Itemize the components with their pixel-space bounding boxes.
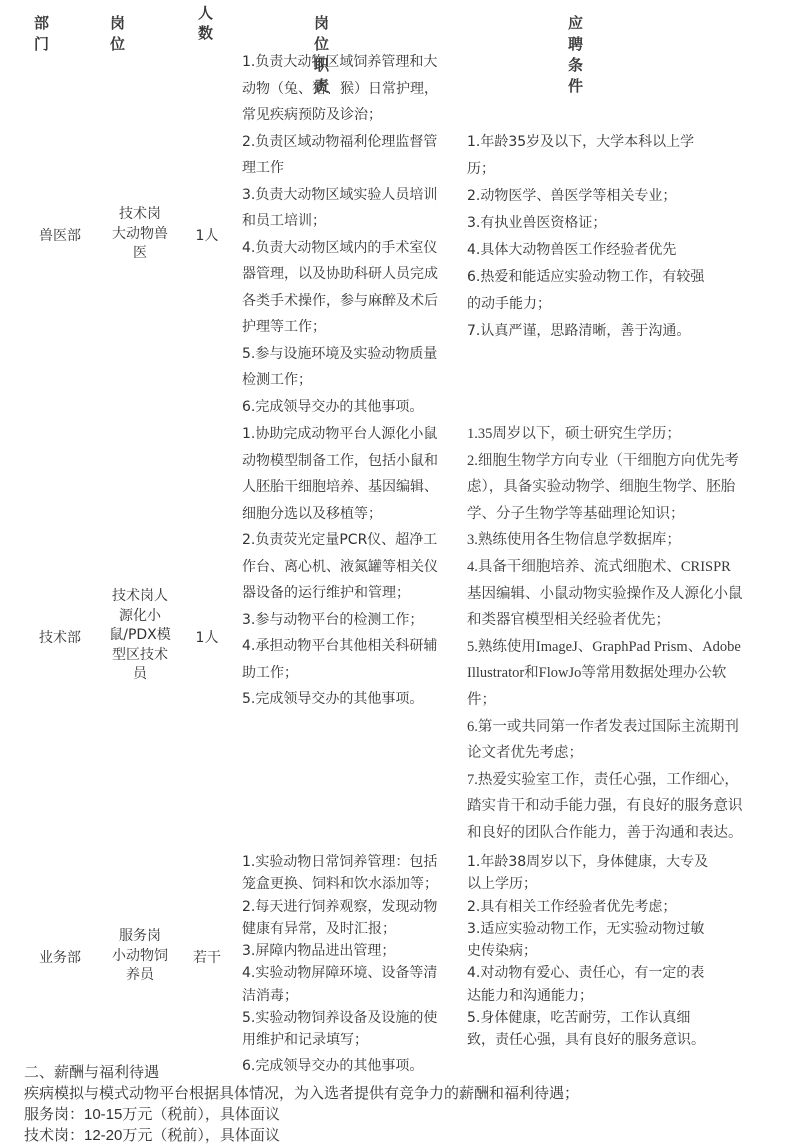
position-cell: 技术岗 大动物兽 医 [100, 205, 180, 264]
duty-line: 4.实验动物屏障环境、设备等清 [242, 962, 438, 984]
requirement-line: 和类器官模型相关经验者优先； [467, 607, 743, 634]
duty-line: 动物模型制备工作，包括小鼠和 [242, 448, 438, 475]
duty-line: 2.负责荧光定量PCR仪、超净工 [242, 527, 438, 554]
requirement-line: 达能力和沟通能力； [467, 985, 708, 1007]
requirement-line: 的动手能力； [467, 291, 704, 318]
duty-line: 1.负责大动物区域饲养管理和大 [242, 49, 438, 76]
requirement-line: 4.具体大动物兽医工作经验者优先 [467, 237, 704, 264]
requirement-line: 虑），具备实验动物学、细胞生物学、胚胎 [467, 474, 743, 501]
count-cell: 1人 [188, 225, 226, 245]
duty-line: 1.协助完成动物平台人源化小鼠 [242, 421, 438, 448]
duty-line: 3.负责大动物区域实验人员培训 [242, 182, 438, 209]
requirement-line: 和良好的团队合作能力，善于沟通和表达。 [467, 820, 743, 847]
duty-line: 笼盒更换、饲料和饮水添加等； [242, 873, 438, 895]
requirement-line: 基因编辑、小鼠动物实验操作及人源化小鼠 [467, 581, 743, 608]
department-cell: 技术部 [30, 627, 90, 647]
requirement-line: 2.具有相关工作经验者优先考虑； [467, 896, 708, 918]
technical-post-salary: 技术岗：12-20万元（税前），具体面议 [24, 1125, 579, 1146]
requirement-line: 5.熟练使用ImageJ、GraphPad Prism、Adobe [467, 634, 743, 661]
duty-line: 动物（兔、猪、猴）日常护理， [242, 76, 438, 103]
position-line: 源化小 [100, 607, 180, 627]
requirement-line: 4.具备干细胞培养、流式细胞术、CRISPR [467, 554, 743, 581]
position-line: 大动物兽 [100, 225, 180, 245]
department-cell: 兽医部 [30, 225, 90, 245]
requirement-line: 致，责任心强，具有良好的服务意识。 [467, 1029, 708, 1051]
requirement-line: 1.35周岁以下，硕士研究生学历； [467, 421, 743, 448]
position-line: 技术岗人 [100, 587, 180, 607]
position-line: 技术岗 [100, 205, 180, 225]
duty-line: 2.负责区域动物福利伦理监督管 [242, 129, 438, 156]
requirement-line: 2.动物医学、兽医学等相关专业； [467, 183, 704, 210]
requirement-line: 1.年龄38周岁以下，身体健康，大专及 [467, 851, 708, 873]
requirement-line: Illustrator和FlowJo等常用数据处理办公软 [467, 660, 743, 687]
duty-line: 作台、离心机、液氮罐等相关仪 [242, 554, 438, 581]
requirement-line: 论文者优先考虑； [467, 740, 743, 767]
header-count-2: 数 [198, 22, 213, 43]
service-post-salary: 服务岗：10-15万元（税前），具体面议 [24, 1104, 579, 1125]
salary-intro: 疾病模拟与模式动物平台根据具体情况，为入选者提供有竞争力的薪酬和福利待遇； [24, 1083, 579, 1104]
department-cell: 业务部 [30, 947, 90, 967]
requirement-line: 3.适应实验动物工作，无实验动物过敏 [467, 918, 708, 940]
count-cell: 若干 [186, 947, 228, 967]
requirement-line: 6.第一或共同第一作者发表过国际主流期刊 [467, 714, 743, 741]
duty-line: 助工作； [242, 660, 438, 687]
duties-cell: 1.负责大动物区域饲养管理和大 动物（兔、猪、猴）日常护理， 常见疾病预防及诊治… [242, 49, 438, 420]
duty-line: 5.实验动物饲养设备及设施的使 [242, 1007, 438, 1029]
duty-line: 5.参与设施环境及实验动物质量 [242, 341, 438, 368]
position-line: 服务岗 [100, 927, 180, 947]
duty-line: 器设备的运行维护和管理； [242, 580, 438, 607]
requirements-cell: 1.35周岁以下，硕士研究生学历； 2.细胞生物学方向专业（干细胞方向优先考 虑… [467, 421, 743, 847]
requirement-line: 3.熟练使用各生物信息学数据库； [467, 527, 743, 554]
requirement-line: 5.身体健康，吃苦耐劳，工作认真细 [467, 1007, 708, 1029]
duty-line: 1.实验动物日常饲养管理：包括 [242, 851, 438, 873]
requirement-line: 3.有执业兽医资格证； [467, 210, 704, 237]
requirement-line: 4.对动物有爱心、责任心，有一定的表 [467, 962, 708, 984]
position-line: 鼠/PDX模 [100, 626, 180, 646]
duty-line: 检测工作； [242, 367, 438, 394]
requirement-line: 2.细胞生物学方向专业（干细胞方向优先考 [467, 448, 743, 475]
requirement-line: 7.认真严谨，思路清晰，善于沟通。 [467, 318, 704, 345]
requirement-line: 件； [467, 687, 743, 714]
requirement-line: 以上学历； [467, 873, 708, 895]
position-line: 小动物饲 [100, 947, 180, 967]
header-count-1: 人 [198, 2, 213, 23]
duty-line: 和员工培训； [242, 208, 438, 235]
duty-line: 各类手术操作，参与麻醉及术后 [242, 288, 438, 315]
requirements-cell: 1.年龄38周岁以下，身体健康，大专及 以上学历； 2.具有相关工作经验者优先考… [467, 851, 708, 1052]
duty-line: 细胞分选以及移植等； [242, 501, 438, 528]
duty-line: 5.完成领导交办的其他事项。 [242, 686, 438, 713]
duty-line: 护理等工作； [242, 314, 438, 341]
requirements-cell: 1.年龄35岁及以下，大学本科以上学 历； 2.动物医学、兽医学等相关专业； 3… [467, 129, 704, 345]
duty-line: 人胚胎干细胞培养、基因编辑、 [242, 474, 438, 501]
duty-line: 健康有异常，及时汇报； [242, 918, 438, 940]
section-title: 二、薪酬与福利待遇 [24, 1062, 579, 1083]
duty-line: 4.负责大动物区域内的手术室仪 [242, 235, 438, 262]
requirement-line: 史传染病； [467, 940, 708, 962]
requirement-line: 学、分子生物学等基础理论知识； [467, 501, 743, 528]
duties-cell: 1.实验动物日常饲养管理：包括 笼盒更换、饲料和饮水添加等； 2.每天进行饲养观… [242, 851, 438, 1077]
duty-line: 器管理，以及协助科研人员完成 [242, 261, 438, 288]
requirement-line: 7.热爱实验室工作，责任心强，工作细心， [467, 767, 743, 794]
duty-line: 常见疾病预防及诊治； [242, 102, 438, 129]
position-line: 养员 [100, 966, 180, 986]
duty-line: 理工作 [242, 155, 438, 182]
header-position: 岗 位 [110, 12, 140, 54]
requirement-line: 6.热爱和能适应实验动物工作，有较强 [467, 264, 704, 291]
position-cell: 技术岗人 源化小 鼠/PDX模 型区技术 员 [100, 587, 180, 685]
requirement-line: 1.年龄35岁及以下，大学本科以上学 [467, 129, 704, 156]
header-requirements: 应聘条件 [568, 12, 583, 96]
duty-line: 3.屏障内物品进出管理； [242, 940, 438, 962]
position-cell: 服务岗 小动物饲 养员 [100, 927, 180, 986]
requirement-line: 历； [467, 156, 704, 183]
position-line: 医 [100, 244, 180, 264]
salary-section: 二、薪酬与福利待遇 疾病模拟与模式动物平台根据具体情况，为入选者提供有竞争力的薪… [24, 1062, 579, 1146]
duty-line: 2.每天进行饲养观察，发现动物 [242, 896, 438, 918]
header-department: 部 门 [34, 12, 64, 54]
duties-cell: 1.协助完成动物平台人源化小鼠 动物模型制备工作，包括小鼠和 人胚胎干细胞培养、… [242, 421, 438, 713]
duty-line: 4.承担动物平台其他相关科研辅 [242, 633, 438, 660]
position-line: 员 [100, 665, 180, 685]
duty-line: 洁消毒； [242, 985, 438, 1007]
requirement-line: 踏实肯干和动手能力强，有良好的服务意识 [467, 793, 743, 820]
position-line: 型区技术 [100, 646, 180, 666]
duty-line: 用维护和记录填写； [242, 1029, 438, 1051]
duty-line: 6.完成领导交办的其他事项。 [242, 394, 438, 421]
duty-line: 3.参与动物平台的检测工作； [242, 607, 438, 634]
count-cell: 1人 [188, 627, 226, 647]
